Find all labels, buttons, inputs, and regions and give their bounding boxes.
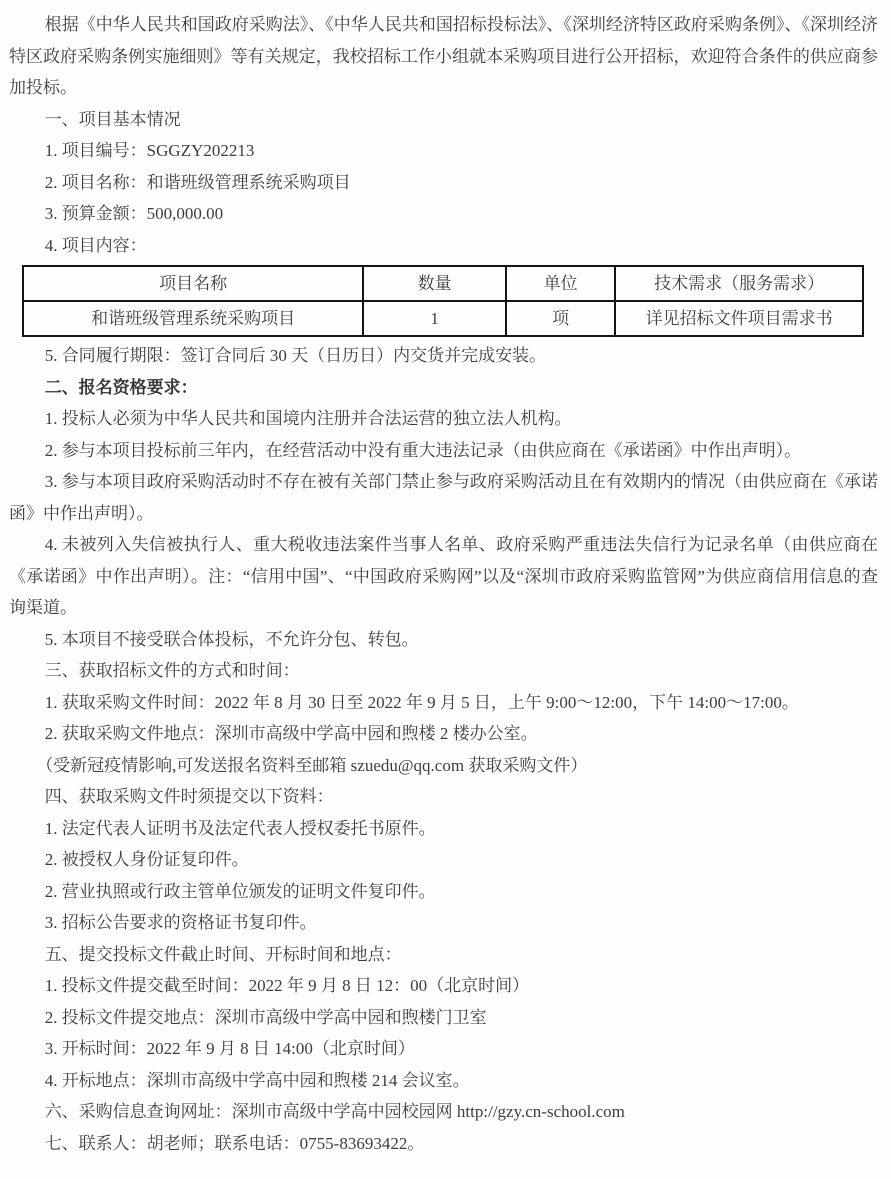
table-header-requirement: 技术需求（服务需求） xyxy=(615,266,863,301)
intro-paragraph: 根据《中华人民共和国政府采购法》、《中华人民共和国招标投标法》、《深圳经济特区政… xyxy=(9,9,878,104)
qualification-item-1: 1. 投标人必须为中华人民共和国境内注册并合法运营的独立法人机构。 xyxy=(9,403,878,435)
contract-period-line: 5. 合同履行期限：签订合同后 30 天（日历日）内交货并完成安装。 xyxy=(9,340,878,372)
open-place-line: 4. 开标地点：深圳市高级中学高中园和煦楼 214 会议室。 xyxy=(9,1065,878,1097)
table-header-quantity: 数量 xyxy=(363,266,506,301)
table-header-row: 项目名称 数量 单位 技术需求（服务需求） xyxy=(23,266,863,301)
section-2-heading: 二、报名资格要求： xyxy=(9,372,878,404)
table-row: 和谐班级管理系统采购项目 1 项 详见招标文件项目需求书 xyxy=(23,301,863,336)
section-6-website-line: 六、采购信息查询网址：深圳市高级中学高中园校园网 http://gzy.cn-s… xyxy=(9,1096,878,1128)
obtain-place-line: 2. 获取采购文件地点：深圳市高级中学高中园和煦楼 2 楼办公室。 xyxy=(9,718,878,750)
table-header-project-name: 项目名称 xyxy=(23,266,363,301)
material-item-3: 2. 营业执照或行政主管单位颁发的证明文件复印件。 xyxy=(9,876,878,908)
qualification-item-3: 3. 参与本项目政府采购活动时不存在被有关部门禁止参与政府采购活动且在有效期内的… xyxy=(9,466,878,529)
qualification-item-2: 2. 参与本项目投标前三年内，在经营活动中没有重大违法记录（由供应商在《承诺函》… xyxy=(9,435,878,467)
project-table: 项目名称 数量 单位 技术需求（服务需求） 和谐班级管理系统采购项目 1 项 详… xyxy=(22,265,864,337)
document-page: 根据《中华人民共和国政府采购法》、《中华人民共和国招标投标法》、《深圳经济特区政… xyxy=(0,0,891,1179)
section-4-heading: 四、获取采购文件时须提交以下资料： xyxy=(9,781,878,813)
obtain-time-line: 1. 获取采购文件时间：2022 年 8 月 30 日至 2022 年 9 月 … xyxy=(9,687,878,719)
qualification-item-5: 5. 本项目不接受联合体投标，不允许分包、转包。 xyxy=(9,624,878,656)
section-1-heading: 一、项目基本情况 xyxy=(9,104,878,136)
table-cell-unit: 项 xyxy=(506,301,615,336)
project-content-line: 4. 项目内容： xyxy=(9,230,878,262)
section-7-contact-line: 七、联系人：胡老师；联系电话：0755-83693422。 xyxy=(9,1128,878,1160)
table-cell-project-name: 和谐班级管理系统采购项目 xyxy=(23,301,363,336)
submit-place-line: 2. 投标文件提交地点：深圳市高级中学高中园和煦楼门卫室 xyxy=(9,1002,878,1034)
covid-note-line: （受新冠疫情影响,可发送报名资料至邮箱 szuedu@qq.com 获取采购文件… xyxy=(9,750,878,782)
section-3-heading: 三、获取招标文件的方式和时间： xyxy=(9,655,878,687)
material-item-4: 3. 招标公告要求的资格证书复印件。 xyxy=(9,907,878,939)
table-cell-quantity: 1 xyxy=(363,301,506,336)
material-item-2: 2. 被授权人身份证复印件。 xyxy=(9,844,878,876)
project-number-line: 1. 项目编号：SGGZY202213 xyxy=(9,135,878,167)
budget-line: 3. 预算金额：500,000.00 xyxy=(9,198,878,230)
table-cell-requirement: 详见招标文件项目需求书 xyxy=(615,301,863,336)
open-time-line: 3. 开标时间：2022 年 9 月 8 日 14:00（北京时间） xyxy=(9,1033,878,1065)
project-name-line: 2. 项目名称：和谐班级管理系统采购项目 xyxy=(9,167,878,199)
qualification-item-4: 4. 未被列入失信被执行人、重大税收违法案件当事人名单、政府采购严重违法失信行为… xyxy=(9,529,878,624)
material-item-1: 1. 法定代表人证明书及法定代表人授权委托书原件。 xyxy=(9,813,878,845)
submit-deadline-line: 1. 投标文件提交截至时间：2022 年 9 月 8 日 12：00（北京时间） xyxy=(9,970,878,1002)
section-5-heading: 五、提交投标文件截止时间、开标时间和地点： xyxy=(9,939,878,971)
table-header-unit: 单位 xyxy=(506,266,615,301)
